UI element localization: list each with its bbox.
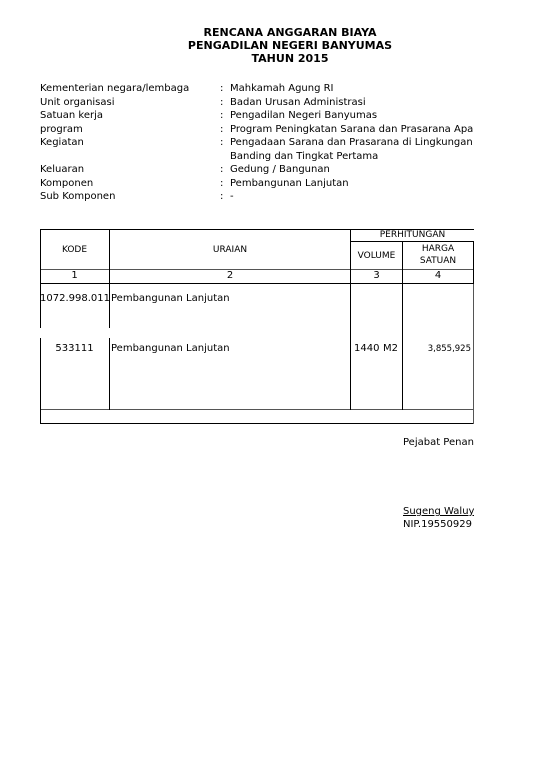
title-line-1: RENCANA ANGGARAN BIAYA bbox=[0, 26, 550, 39]
meta-row-komponen: Komponen : Pembangunan Lanjutan bbox=[40, 177, 480, 191]
vline-right-body bbox=[473, 284, 474, 424]
row2-kode: 533111 bbox=[40, 343, 109, 354]
title-line-2: PENGADILAN NEGERI BANYUMAS bbox=[0, 39, 550, 52]
meta-row-program: program : Program Peningkatan Sarana dan… bbox=[40, 123, 480, 137]
vline-left-row1 bbox=[40, 284, 41, 328]
signature-role: Pejabat Penanda Tangan bbox=[403, 437, 474, 448]
header-perhitungan: PERHITUNGAN bbox=[351, 229, 474, 241]
budget-metadata: Kementerian negara/lembaga : Mahkamah Ag… bbox=[40, 82, 480, 204]
table-bottom-border bbox=[40, 423, 474, 424]
header-volume: VOLUME bbox=[351, 250, 402, 262]
row1-uraian: Pembangunan Lanjutan bbox=[111, 293, 230, 304]
meta-row-kementerian: Kementerian negara/lembaga : Mahkamah Ag… bbox=[40, 82, 480, 96]
meta-row-kegiatan: Kegiatan : Pengadaan Sarana dan Prasaran… bbox=[40, 136, 480, 163]
colnum-3: 3 bbox=[351, 270, 402, 282]
body-bottom-border bbox=[40, 409, 474, 410]
colnum-1: 1 bbox=[40, 270, 109, 282]
header-harga-satuan: HARGA SATUAN bbox=[403, 243, 473, 267]
meta-row-sub-komponen: Sub Komponen : - bbox=[40, 190, 480, 204]
perhitungan-divider bbox=[350, 241, 474, 242]
signature-name: Sugeng Waluyo bbox=[403, 506, 474, 517]
row1-kode: 1072.998.011 bbox=[40, 293, 110, 304]
meta-row-keluaran: Keluaran : Gedung / Bangunan bbox=[40, 163, 480, 177]
meta-row-unit-organisasi: Unit organisasi : Badan Urusan Administr… bbox=[40, 96, 480, 110]
colnum-2: 2 bbox=[110, 270, 350, 282]
header-kode: KODE bbox=[40, 244, 109, 256]
row2-uraian: Pembangunan Lanjutan bbox=[111, 343, 230, 354]
document-title: RENCANA ANGGARAN BIAYA PENGADILAN NEGERI… bbox=[0, 26, 550, 65]
colnum-bottom-border bbox=[40, 283, 474, 284]
colnum-4: 4 bbox=[403, 270, 473, 282]
row2-volume: 1440 bbox=[354, 343, 379, 354]
vline-kode-row2 bbox=[109, 338, 110, 410]
title-line-3: TAHUN 2015 bbox=[0, 52, 550, 65]
table-top-border bbox=[40, 229, 350, 230]
budget-table: KODE URAIAN PERHITUNGAN VOLUME HARGA SAT… bbox=[40, 229, 474, 424]
header-uraian: URAIAN bbox=[110, 244, 350, 256]
row2-unit: M2 bbox=[383, 343, 398, 354]
vline-right-header bbox=[473, 241, 474, 284]
meta-row-satuan-kerja: Satuan kerja : Pengadilan Negeri Banyuma… bbox=[40, 109, 480, 123]
row2-harga-satuan: 3,855,925 bbox=[403, 344, 471, 354]
vline-uraian-body bbox=[350, 284, 351, 410]
signature-nip: NIP.19550929 bbox=[403, 519, 474, 530]
vline-kode-row1 bbox=[109, 284, 110, 328]
